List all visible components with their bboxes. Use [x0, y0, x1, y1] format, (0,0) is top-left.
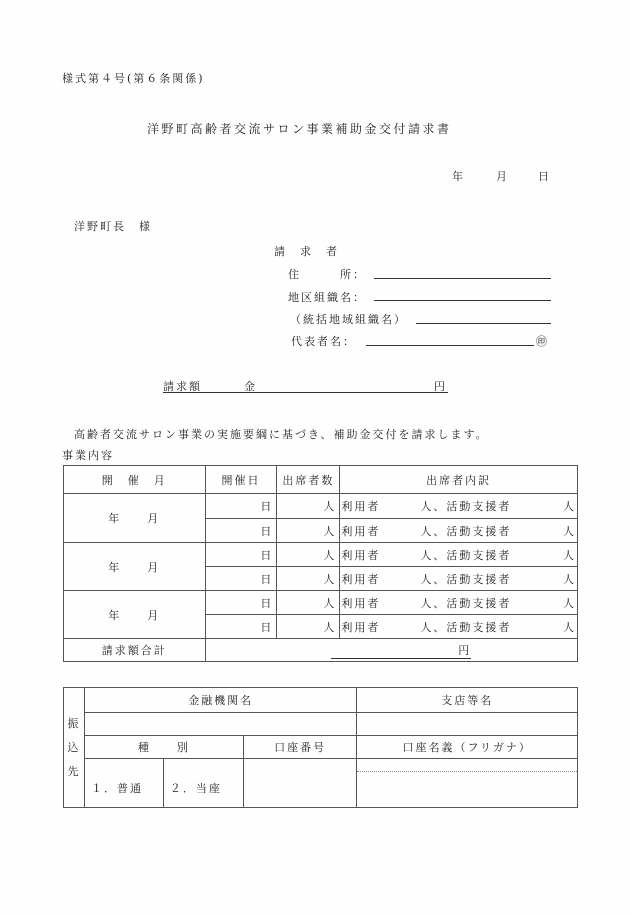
furigana-divider: [357, 771, 577, 772]
umbrella-org-label: （統括地域組織名）: [290, 311, 407, 327]
breakdown-cell[interactable]: 利用者人、活動支援者人: [340, 567, 578, 591]
day-cell[interactable]: 日: [205, 615, 277, 639]
day-cell[interactable]: 日: [205, 567, 277, 591]
account-number-field[interactable]: [243, 759, 357, 808]
form-number: 様式第４号(第６条関係): [62, 70, 205, 86]
account-number-header: 口座番号: [243, 736, 357, 759]
type-header: 種 別: [84, 736, 243, 759]
breakdown-cell[interactable]: 利用者人、活動支援者人: [340, 591, 578, 615]
user-label: 利用者: [341, 500, 380, 513]
support-label: 人、活動支援者: [420, 525, 511, 538]
header-day: 開催日: [205, 466, 277, 494]
umbrella-org-field[interactable]: [416, 323, 551, 324]
page-title: 洋野町高齢者交流サロン事業補助金交付請求書: [147, 120, 452, 137]
address-field[interactable]: [374, 278, 551, 279]
support-label: 人、活動支援者: [420, 597, 511, 610]
support-label: 人、活動支援者: [420, 500, 511, 513]
person-unit: 人: [563, 498, 576, 514]
district-org-label: 地区組織名：: [288, 289, 366, 305]
day-cell[interactable]: 日: [205, 591, 277, 615]
transfer-destination-label: 振 込 先: [64, 688, 85, 808]
representative-label: 代表者名：: [291, 333, 356, 349]
account-name-header: 口座名義（フリガナ）: [357, 736, 578, 759]
person-unit: 人: [563, 595, 576, 611]
user-label: 利用者: [341, 549, 380, 562]
month-cell[interactable]: 年 月: [64, 591, 206, 639]
header-breakdown: 出席者内訳: [340, 466, 578, 494]
month-cell[interactable]: 年 月: [64, 543, 206, 591]
user-label: 利用者: [341, 525, 380, 538]
attendees-cell[interactable]: 人: [277, 591, 340, 615]
type-option-current[interactable]: ２．当座: [163, 759, 243, 808]
total-label: 請求額合計: [64, 639, 206, 662]
person-unit: 人: [563, 619, 576, 635]
side-char: 振: [64, 712, 84, 736]
day-cell[interactable]: 日: [205, 494, 277, 519]
user-label: 利用者: [341, 573, 380, 586]
furigana-area[interactable]: [357, 759, 577, 771]
type-option-ordinary[interactable]: １．普通: [84, 759, 163, 808]
header-attendees: 出席者数: [277, 466, 340, 494]
attendees-cell[interactable]: 人: [277, 494, 340, 519]
support-label: 人、活動支援者: [420, 549, 511, 562]
activity-table: 開 催 月 開催日 出席者数 出席者内訳 年 月 日 人 利用者人、活動支援者人…: [63, 465, 578, 662]
statement: 高齢者交流サロン事業の実施要綱に基づき、補助金交付を請求します。: [74, 426, 489, 442]
attendees-cell[interactable]: 人: [277, 615, 340, 639]
total-unit: 円: [331, 642, 471, 659]
address-label: 住 所：: [288, 266, 366, 282]
addressee: 洋野町長 様: [74, 218, 152, 234]
month-cell[interactable]: 年 月: [64, 494, 206, 543]
person-unit: 人: [563, 571, 576, 587]
claimant-heading: 請 求 者: [274, 243, 339, 259]
side-char: 込: [64, 736, 84, 760]
date-year: 年: [452, 168, 465, 184]
branch-header: 支店等名: [357, 688, 578, 713]
header-month: 開 催 月: [64, 466, 206, 494]
section-label: 事業内容: [62, 447, 114, 463]
claim-amount-field[interactable]: [163, 392, 448, 393]
breakdown-cell[interactable]: 利用者人、活動支援者人: [340, 494, 578, 519]
institution-field[interactable]: [84, 713, 356, 736]
user-label: 利用者: [341, 621, 380, 634]
date-day: 日: [538, 168, 551, 184]
day-cell[interactable]: 日: [205, 519, 277, 543]
branch-field[interactable]: [357, 713, 578, 736]
breakdown-cell[interactable]: 利用者人、活動支援者人: [340, 615, 578, 639]
breakdown-cell[interactable]: 利用者人、活動支援者人: [340, 519, 578, 543]
person-unit: 人: [563, 547, 576, 563]
attendees-cell[interactable]: 人: [277, 519, 340, 543]
date-month: 月: [496, 168, 509, 184]
district-org-field[interactable]: [374, 300, 551, 301]
breakdown-cell[interactable]: 利用者人、活動支援者人: [340, 543, 578, 567]
account-name-field[interactable]: [357, 759, 578, 808]
institution-header: 金融機関名: [84, 688, 356, 713]
support-label: 人、活動支援者: [420, 573, 511, 586]
side-char: 先: [64, 760, 84, 784]
seal-icon: ㊞: [536, 333, 549, 349]
user-label: 利用者: [341, 597, 380, 610]
day-cell[interactable]: 日: [205, 543, 277, 567]
bank-table: 振 込 先 金融機関名 支店等名 種 別 口座番号 口座名義（フリガナ） １．普…: [63, 687, 578, 808]
attendees-cell[interactable]: 人: [277, 543, 340, 567]
attendees-cell[interactable]: 人: [277, 567, 340, 591]
support-label: 人、活動支援者: [420, 621, 511, 634]
representative-field[interactable]: [366, 345, 534, 346]
person-unit: 人: [563, 523, 576, 539]
total-amount-cell[interactable]: 円: [205, 639, 577, 662]
